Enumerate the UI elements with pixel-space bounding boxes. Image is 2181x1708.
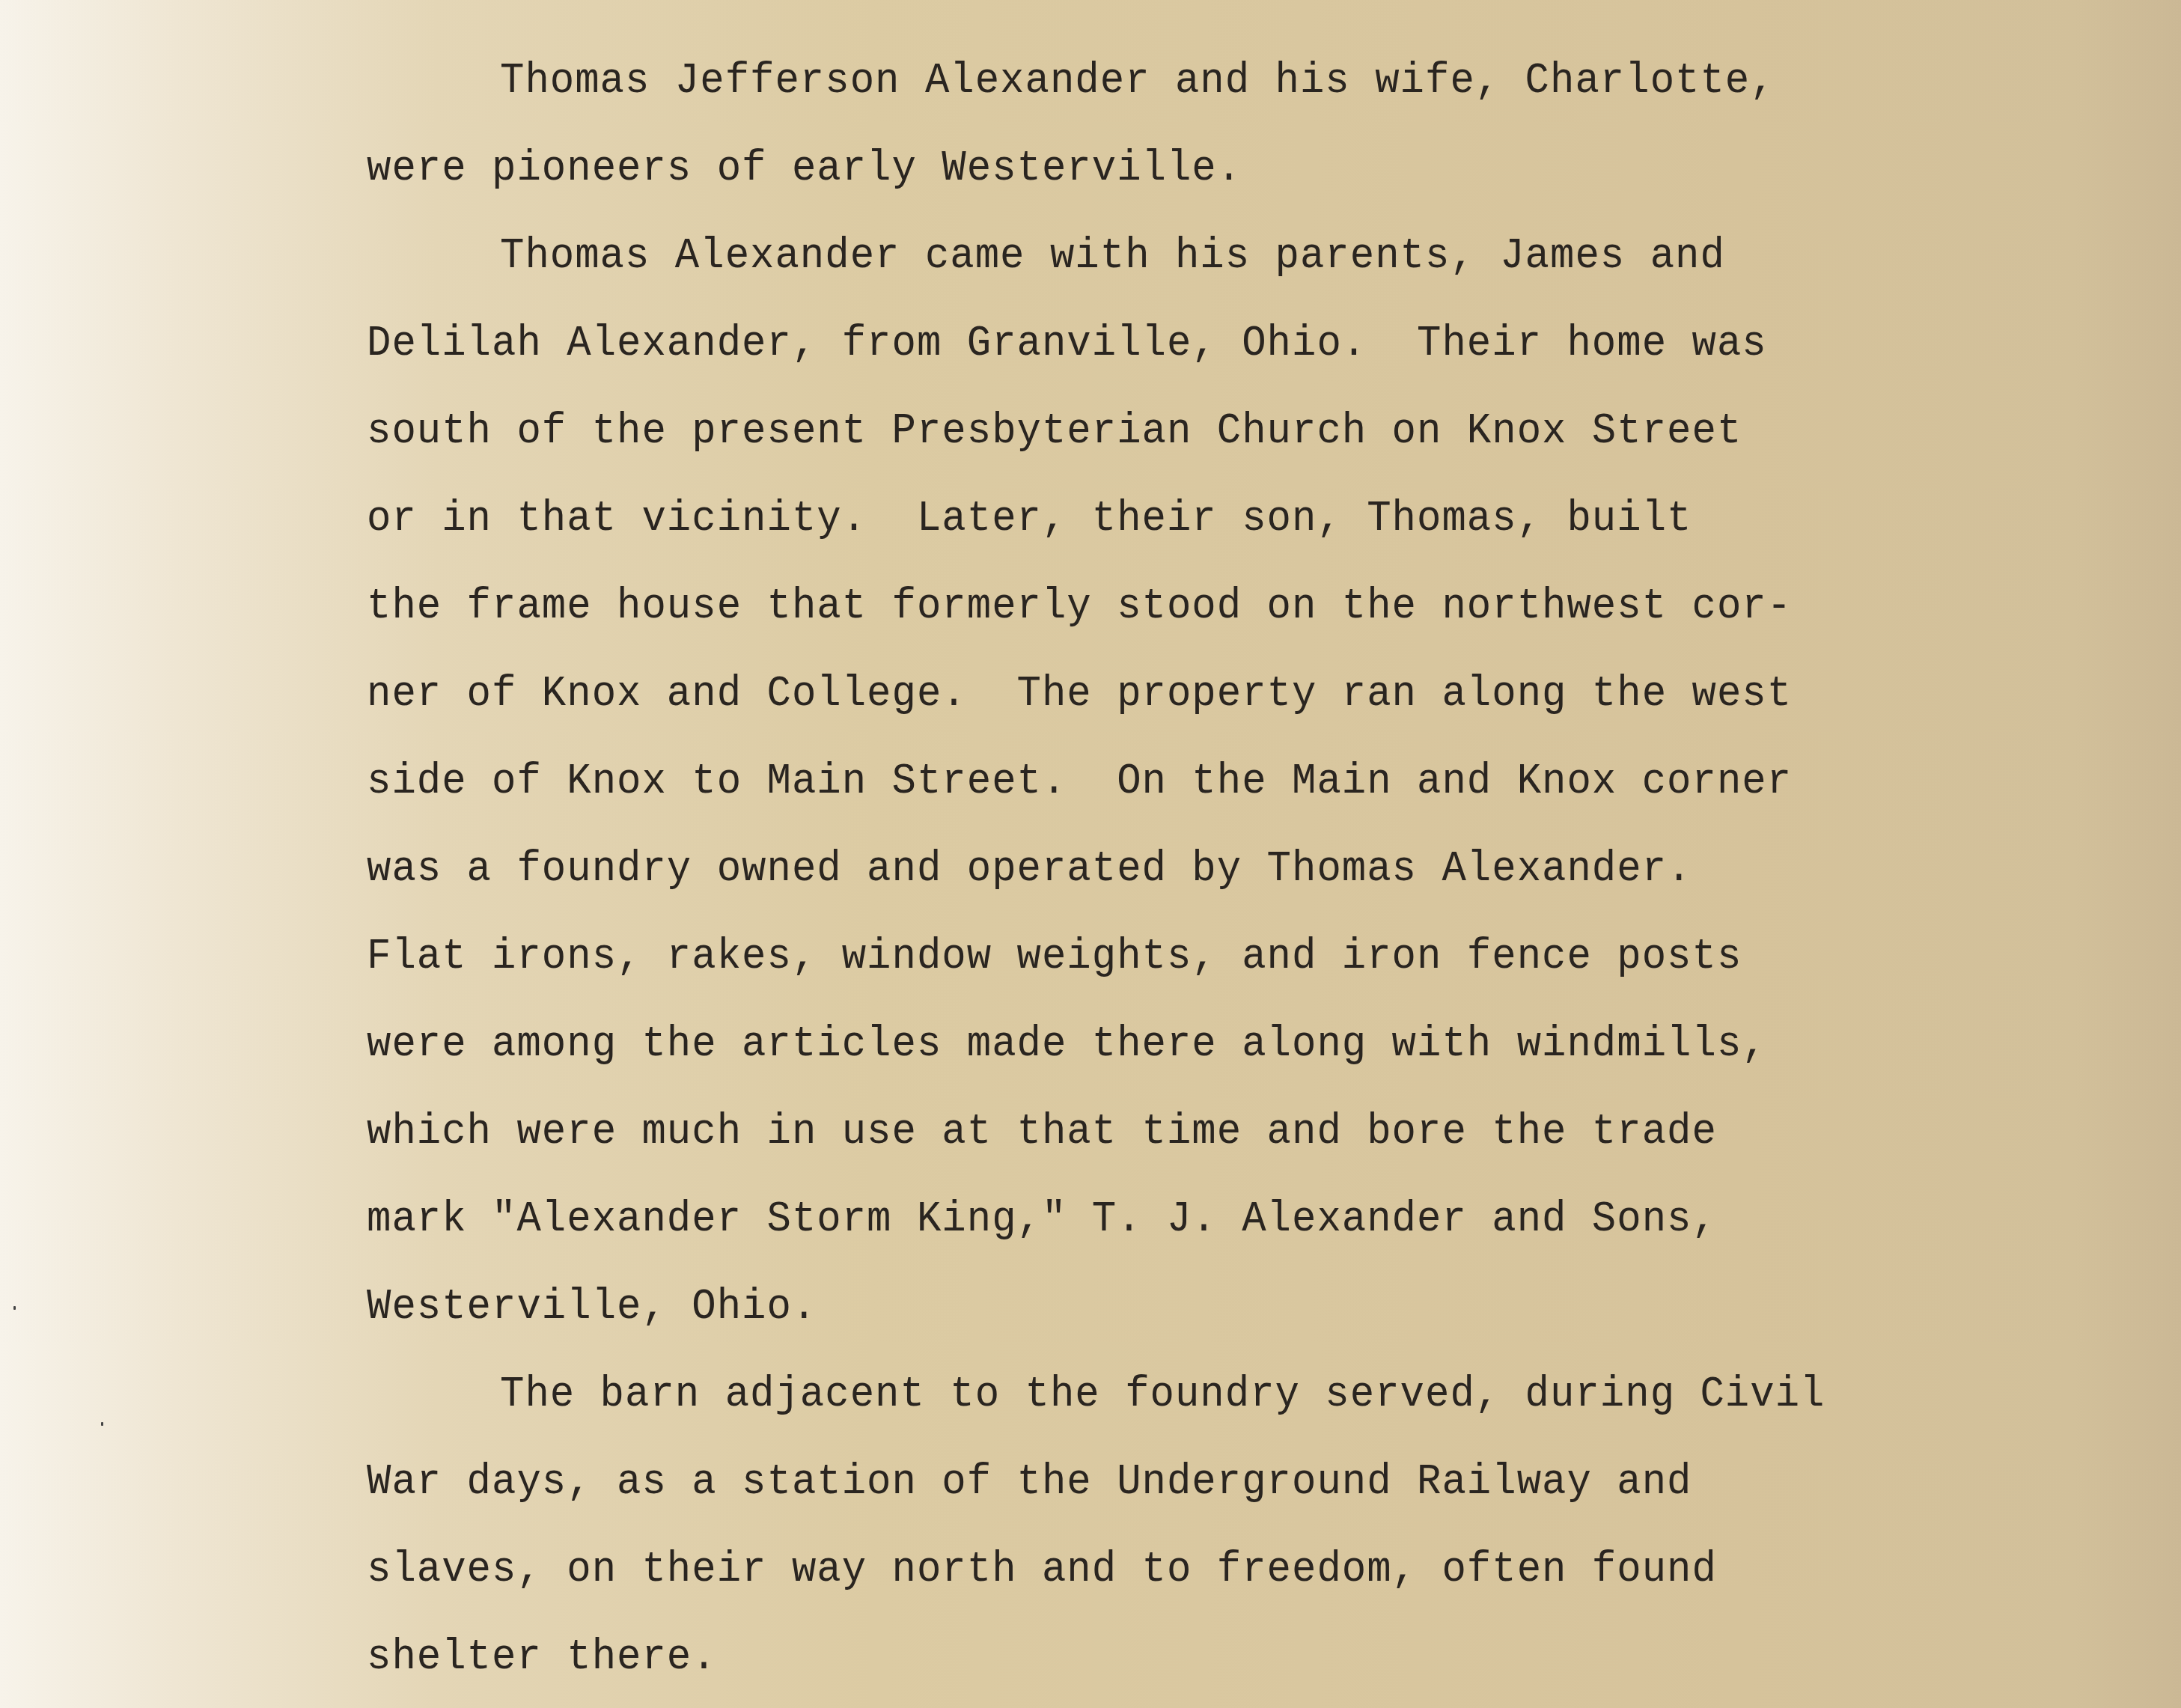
text-line: Flat irons, rakes, window weights, and i… <box>367 933 1742 980</box>
paper-speck <box>101 1422 103 1426</box>
text-line: The barn adjacent to the foundry served,… <box>500 1370 1825 1418</box>
text-line: slaves, on their way north and to freedo… <box>367 1546 1717 1593</box>
text-line: was a foundry owned and operated by Thom… <box>367 845 1692 893</box>
text-line: the frame house that formerly stood on t… <box>367 582 1792 630</box>
text-line: Delilah Alexander, from Granville, Ohio.… <box>367 320 1767 367</box>
text-line: mark "Alexander Storm King," T. J. Alexa… <box>367 1195 1717 1243</box>
text-line: were among the articles made there along… <box>367 1020 1767 1068</box>
text-line: ner of Knox and College. The property ra… <box>367 670 1792 718</box>
text-line: Westerville, Ohio. <box>367 1283 817 1331</box>
text-line: side of Knox to Main Street. On the Main… <box>367 757 1792 805</box>
text-line: or in that vicinity. Later, their son, T… <box>367 495 1692 543</box>
text-line: Thomas Jefferson Alexander and his wife,… <box>500 57 1775 105</box>
text-line: were pioneers of early Westerville. <box>367 144 1242 192</box>
text-line: shelter there. <box>367 1633 717 1681</box>
text-line: War days, as a station of the Undergroun… <box>367 1458 1692 1506</box>
text-line: which were much in use at that time and … <box>367 1108 1717 1156</box>
paper-speck <box>13 1306 16 1310</box>
text-line: south of the present Presbyterian Church… <box>367 407 1742 455</box>
text-line: Thomas Alexander came with his parents, … <box>500 232 1725 280</box>
typewritten-page: Thomas Jefferson Alexander and his wife,… <box>0 0 2181 1708</box>
